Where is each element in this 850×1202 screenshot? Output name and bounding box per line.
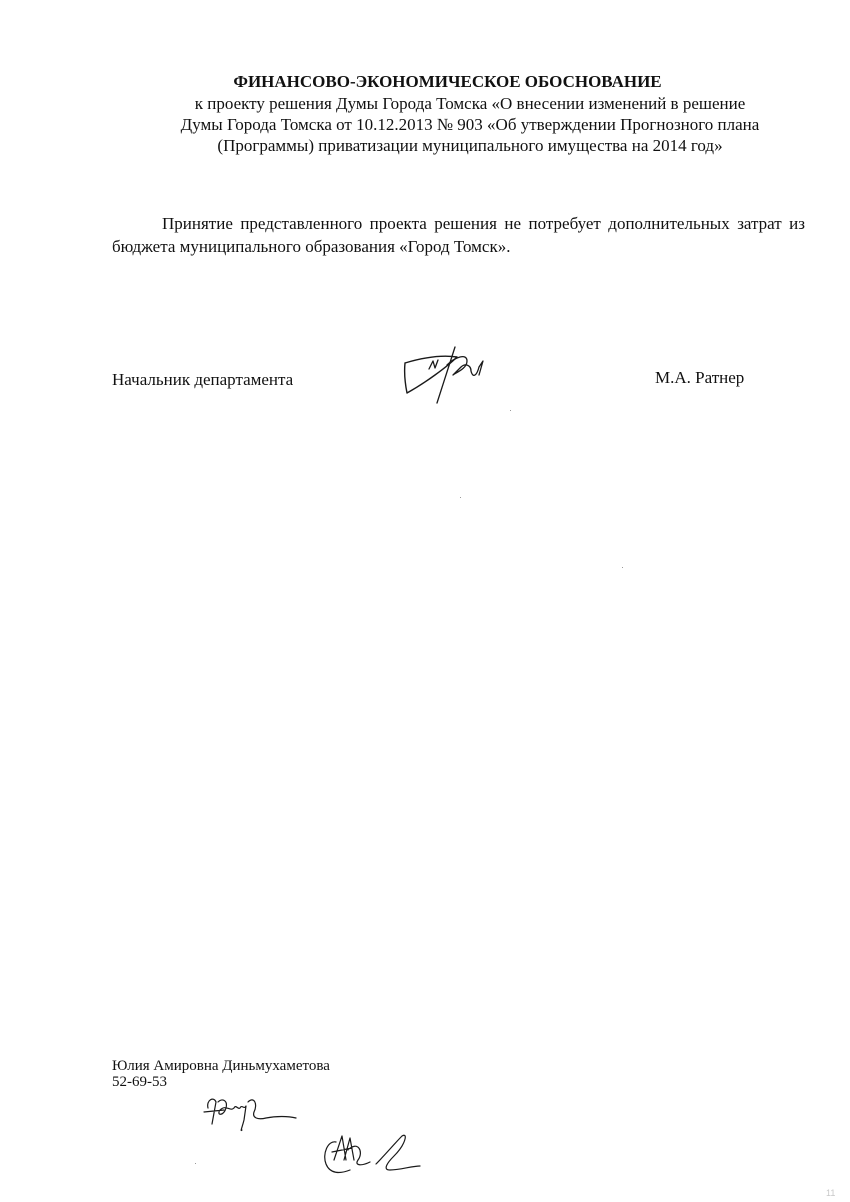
handwritten-signature-icon (395, 345, 525, 405)
subtitle-line: к проекту решения Думы Города Томска «О … (120, 93, 820, 114)
scan-speck (510, 410, 511, 411)
subtitle-line: Думы Города Томска от 10.12.2013 № 903 «… (120, 114, 820, 135)
scan-speck (195, 1163, 196, 1164)
handwritten-initials-icon (200, 1090, 300, 1135)
scan-speck (622, 567, 623, 568)
signatory-name: М.А. Ратнер (655, 368, 744, 388)
scan-speck (460, 497, 461, 498)
document-subtitle: к проекту решения Думы Города Томска «О … (120, 93, 820, 156)
subtitle-line: (Программы) приватизации муниципального … (120, 135, 820, 156)
body-paragraph: Принятие представленного проекта решения… (112, 212, 805, 258)
handwritten-signature-icon (318, 1130, 423, 1180)
contact-name: Юлия Амировна Диньмухаметова (112, 1058, 330, 1075)
document-title: ФИНАНСОВО-ЭКОНОМИЧЕСКОЕ ОБОСНОВАНИЕ (0, 72, 850, 92)
page-mark: 11 (826, 1188, 835, 1198)
signatory-role: Начальник департамента (112, 370, 293, 390)
contact-phone: 52-69-53 (112, 1074, 167, 1091)
